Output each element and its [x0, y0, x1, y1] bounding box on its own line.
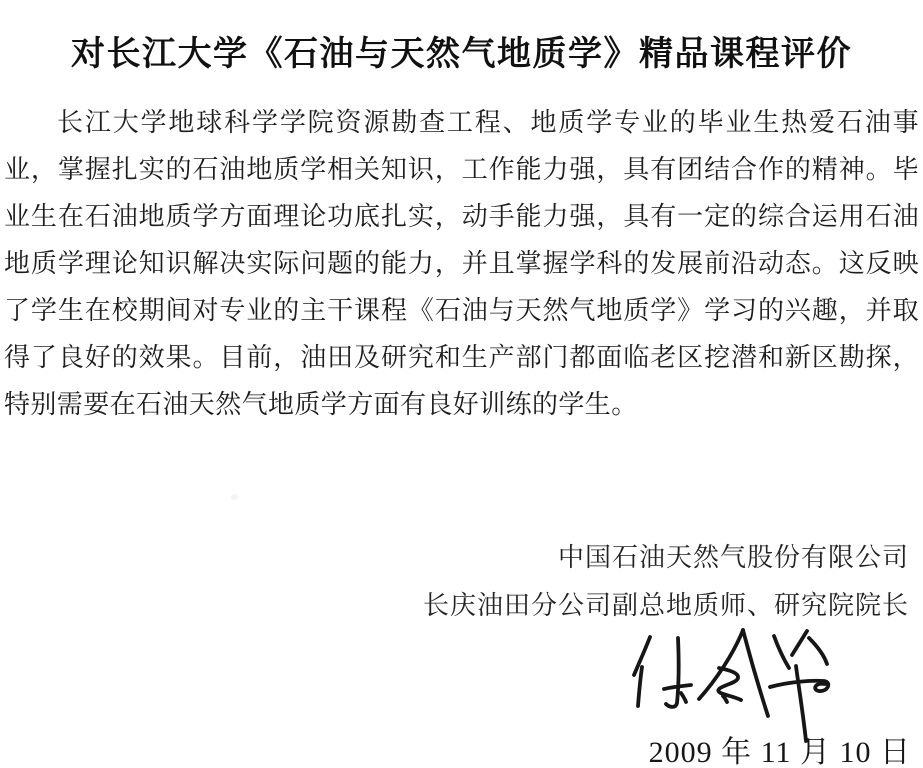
company-name: 中国石油天然气股份有限公司 [423, 534, 909, 582]
scanned-document-page: 对长江大学《石油与天然气地质学》精品课程评价 长江大学地球科学学院资源勘查工程、… [0, 0, 923, 768]
body-paragraph: 长江大学地球科学学院资源勘查工程、地质学专业的毕业生热爱石油事业，掌握扎实的石油… [4, 99, 919, 428]
signer-title: 长庆油田分公司副总地质师、研究院院长 [423, 582, 909, 630]
document-date: 2009 年 11 月 10 日 [649, 727, 911, 768]
document-title: 对长江大学《石油与天然气地质学》精品课程评价 [0, 26, 923, 75]
signature-block: 中国石油天然气股份有限公司 长庆油田分公司副总地质师、研究院院长 [423, 534, 909, 630]
scan-artifact-dot [231, 494, 238, 500]
